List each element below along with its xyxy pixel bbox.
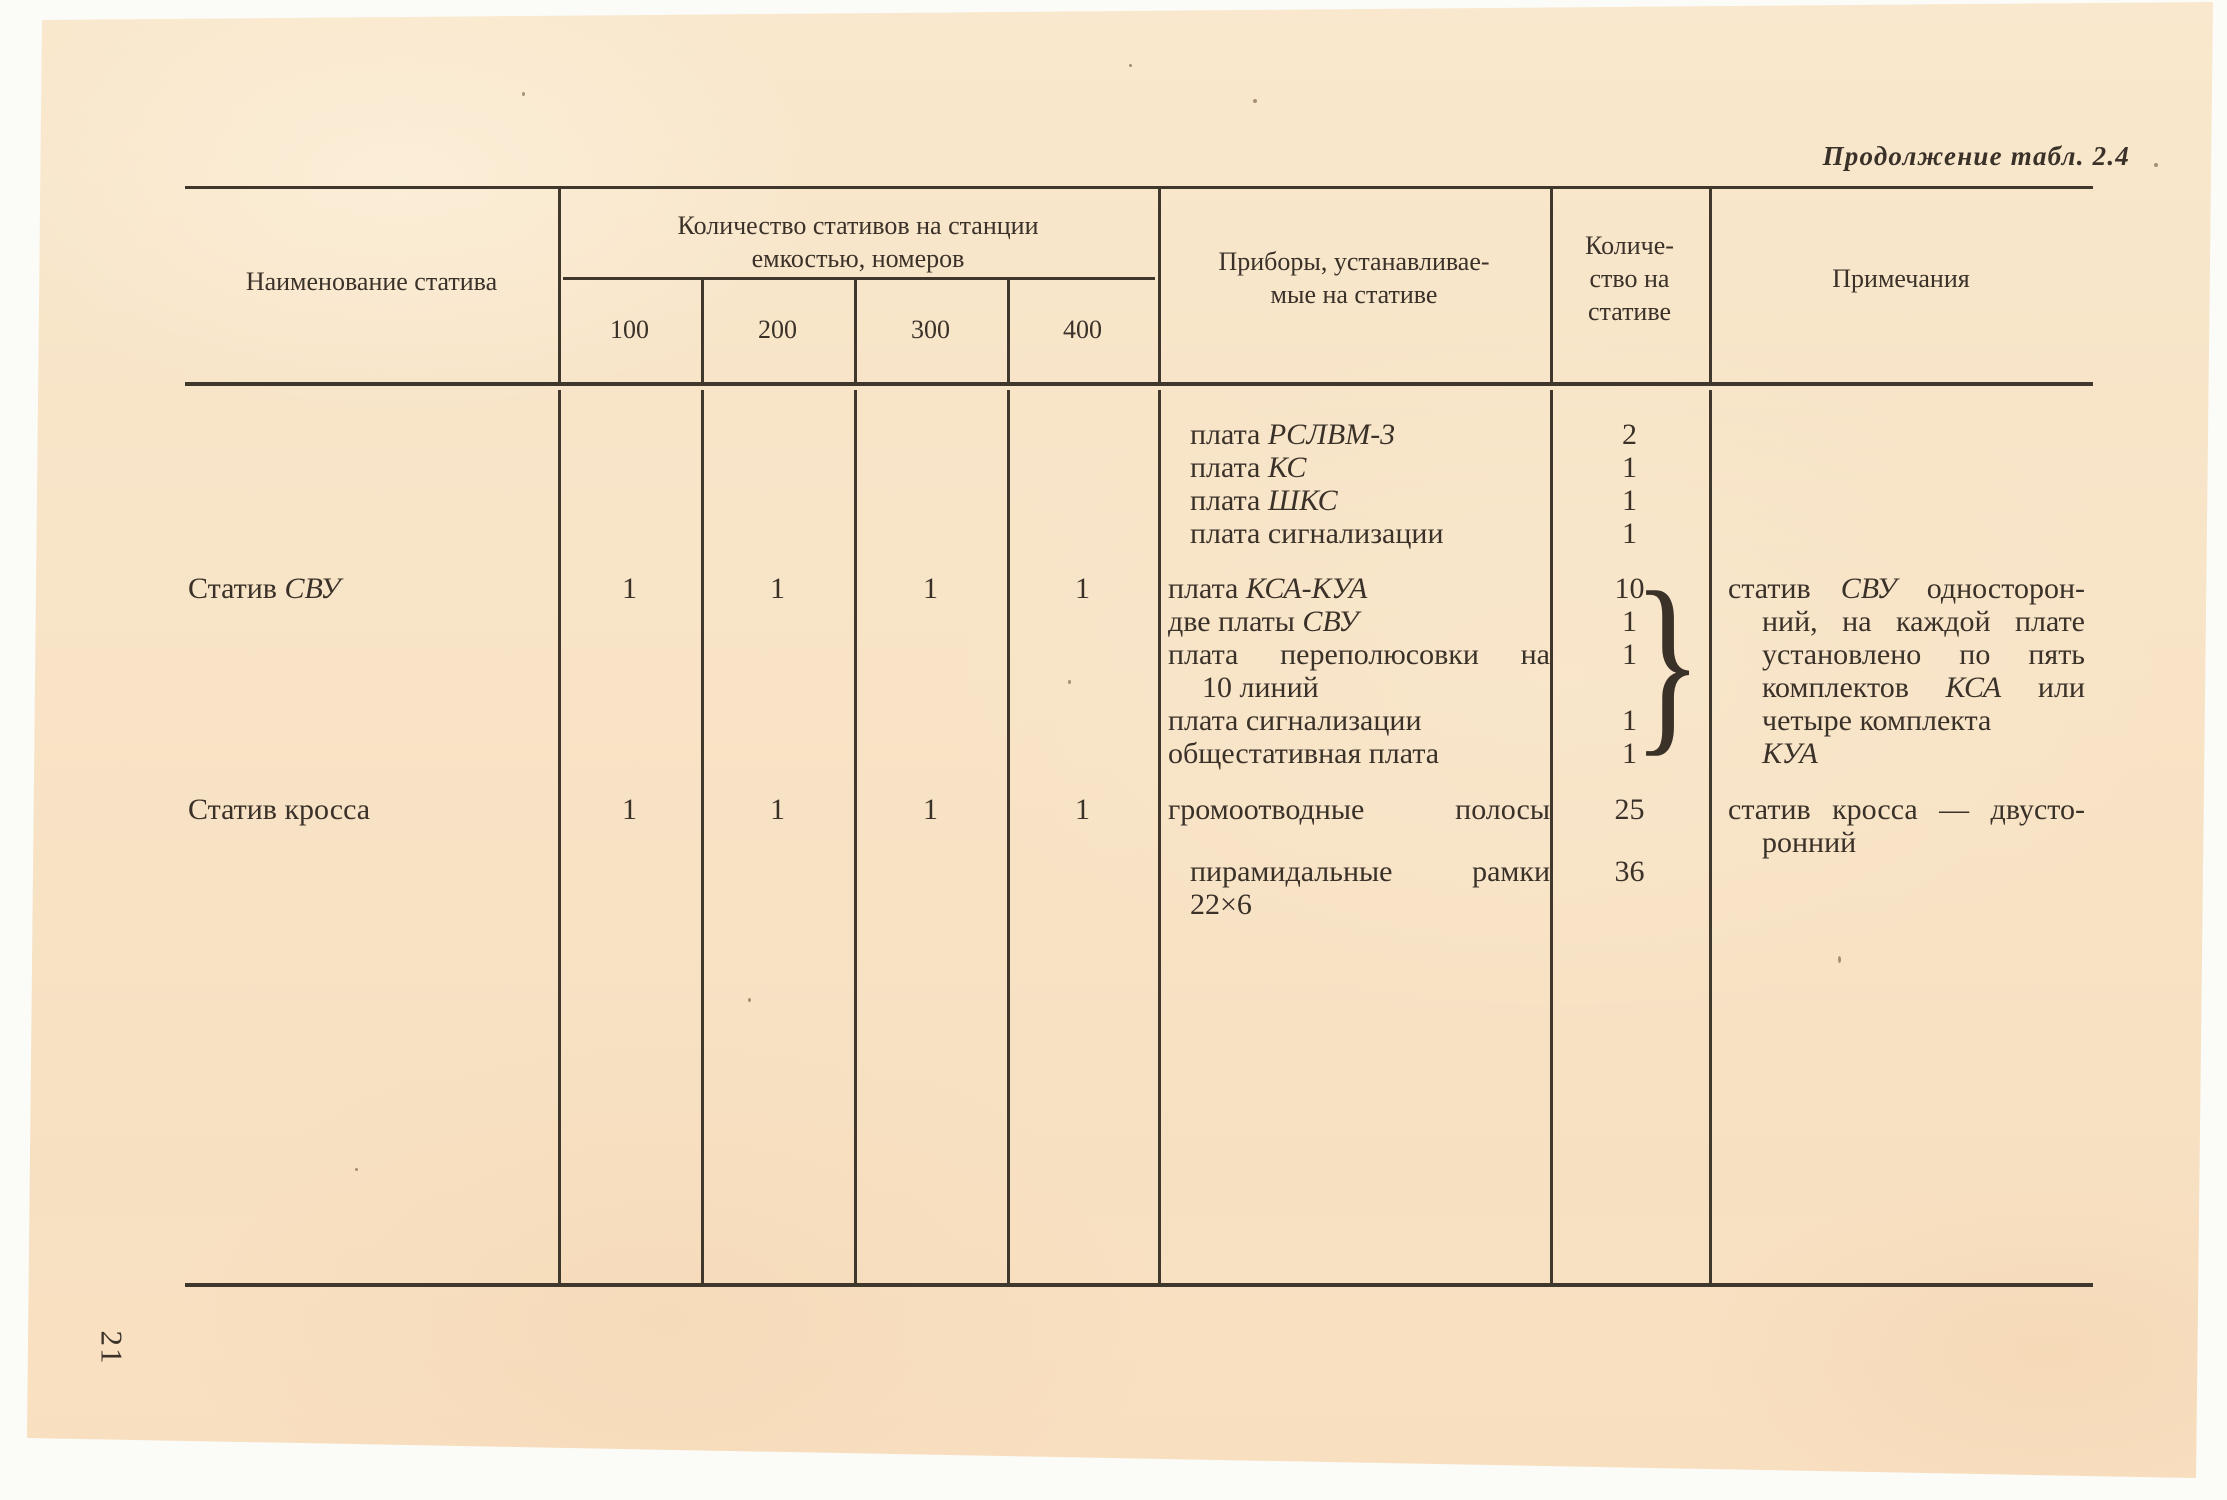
device-label: плата переполюсовки на10 линий: [1168, 638, 1550, 704]
header-qty-line1: Количе-: [1550, 230, 1709, 261]
stative-count-value: 1: [701, 572, 854, 605]
text-line: 10 линий: [1168, 671, 1550, 704]
device-label: две платы СВУ: [1168, 605, 1550, 638]
header-capacity-200: 200: [701, 314, 854, 345]
text-line: комплектов КСА или: [1728, 671, 2085, 704]
device-entry: пирамидальные рамки22×636: [1168, 855, 1709, 921]
emphasized-text: РСЛВМ-3: [1268, 418, 1395, 451]
device-qty-value: 25: [1550, 793, 1709, 826]
table-header-rule: [185, 382, 2093, 386]
text-line: плата КСА-КУА: [1168, 572, 1550, 605]
paper-speck: [1129, 64, 1132, 67]
header-qty-line2: ство на: [1550, 263, 1709, 294]
device-label: общестативная плата: [1168, 737, 1550, 770]
emphasized-text: СВУ: [1302, 605, 1358, 638]
text: статив кросса — двусто-: [1728, 793, 2085, 826]
device-label: громоотводные полосы: [1168, 793, 1550, 826]
device-label: плата КСА-КУА: [1168, 572, 1550, 605]
device-entry: плата ШКС1: [1168, 484, 1709, 517]
text-line: плата КС: [1190, 451, 1550, 484]
devices-cell: громоотводные полосы25пирамидальные рамк…: [1168, 793, 1709, 921]
device-entry: плата КС1: [1168, 451, 1709, 484]
device-label: пирамидальные рамки22×6: [1168, 855, 1550, 921]
paper-speck: [1253, 99, 1257, 103]
header-capacity-400: 400: [1007, 314, 1158, 345]
text: пирамидальные рамки: [1190, 855, 1550, 888]
text-line: статив СВУ односторон-: [1728, 572, 2085, 605]
device-label: плата КС: [1168, 451, 1550, 484]
text-line: плата сигнализации: [1190, 517, 1550, 550]
emphasized-text: КУА: [1762, 737, 1818, 770]
device-entry: две платы СВУ1: [1168, 605, 1709, 638]
text: плата переполюсовки на: [1168, 638, 1550, 671]
header-capacity-group-line2: емкостью, номеров: [558, 243, 1158, 274]
device-entry: плата сигнализации1: [1168, 704, 1709, 737]
device-label: плата сигнализации: [1168, 517, 1550, 550]
text-line: плата сигнализации: [1168, 704, 1550, 737]
emphasized-text: КСА: [1946, 671, 2002, 704]
devices-cell: плата КСА-КУА10две платы СВУ1плата переп…: [1168, 572, 1709, 770]
device-entry: плата переполюсовки на10 линий1: [1168, 638, 1709, 704]
text: плата: [1168, 572, 1246, 605]
device-entry: плата КСА-КУА10: [1168, 572, 1709, 605]
text: плата: [1190, 484, 1268, 517]
text: комплектов: [1762, 671, 1946, 704]
table-header: Наименование статива Количество стативов…: [185, 186, 2093, 382]
subheader-rule: [563, 277, 1155, 280]
device-qty-value: 36: [1550, 855, 1709, 888]
emphasized-text: СВУ: [284, 572, 340, 605]
emphasized-text: СВУ: [1841, 572, 1897, 605]
grouping-brace: }: [1633, 564, 1683, 762]
column-divider: [1158, 390, 1161, 1283]
emphasized-text: ШКС: [1268, 484, 1338, 517]
text-line: ний, на каждой плате: [1728, 605, 2085, 638]
device-qty-value: 1: [1550, 484, 1709, 517]
text-line: плата ШКС: [1190, 484, 1550, 517]
text-line: общестативная плата: [1168, 737, 1550, 770]
table-continuation-caption: Продолжение табл. 2.4: [1610, 141, 2130, 172]
text-line: пирамидальные рамки: [1190, 855, 1550, 888]
text: плата сигнализации: [1168, 704, 1422, 737]
text: плата: [1190, 418, 1268, 451]
text: установлено по пять: [1762, 638, 2085, 671]
text: статив: [1728, 572, 1841, 605]
devices-cell: плата РСЛВМ-32плата КС1плата ШКС1плата с…: [1168, 418, 1709, 550]
text-line: статив кросса — двусто-: [1728, 793, 2085, 826]
text-line: плата РСЛВМ-3: [1190, 418, 1550, 451]
header-notes: Примечания: [1709, 263, 2093, 294]
column-divider: [701, 390, 704, 1283]
stative-name-cell: Статив СВУ: [188, 572, 548, 605]
device-entry: плата РСЛВМ-32: [1168, 418, 1709, 451]
header-stative-name: Наименование статива: [185, 266, 558, 297]
device-label: плата сигнализации: [1168, 704, 1550, 737]
device-qty-value: 2: [1550, 418, 1709, 451]
device-label: плата ШКС: [1168, 484, 1550, 517]
note-cell: статив СВУ односторон-ний, на каждой пла…: [1728, 572, 2085, 770]
emphasized-text: КСА-КУА: [1246, 572, 1367, 605]
device-qty-value: 1: [1550, 451, 1709, 484]
text-line: громоотводные полосы: [1168, 793, 1550, 826]
text: 10 линий: [1202, 671, 1319, 704]
device-entry: громоотводные полосы25: [1168, 793, 1709, 826]
column-divider: [558, 390, 561, 1283]
text-line: ронний: [1728, 826, 2085, 859]
text: ронний: [1762, 826, 1856, 859]
text: четыре комплекта: [1762, 704, 1991, 737]
column-divider: [854, 390, 857, 1283]
table-bottom-rule: [185, 1283, 2093, 1287]
text-line: установлено по пять: [1728, 638, 2085, 671]
page-number: 21: [94, 1331, 130, 1366]
device-qty-value: 1: [1550, 517, 1709, 550]
stative-count-value: 1: [1007, 572, 1158, 605]
stative-count-value: 1: [1007, 793, 1158, 826]
stative-name-cell: Статив кросса: [188, 793, 548, 826]
text: плата: [1190, 451, 1268, 484]
text: или: [2001, 671, 2085, 704]
header-devices-line2: мые на стативе: [1158, 279, 1550, 310]
text-line: две платы СВУ: [1168, 605, 1550, 638]
device-label: плата РСЛВМ-3: [1168, 418, 1550, 451]
column-divider: [1007, 390, 1010, 1283]
stative-count-value: 1: [854, 572, 1007, 605]
text-line: КУА: [1728, 737, 2085, 770]
column-divider: [1709, 390, 1712, 1283]
text: односторон-: [1897, 572, 2085, 605]
device-entry: общестативная плата1: [1168, 737, 1709, 770]
text-line: плата переполюсовки на: [1168, 638, 1550, 671]
header-capacity-300: 300: [854, 314, 1007, 345]
text-line: 22×6: [1190, 888, 1550, 921]
text: плата сигнализации: [1190, 517, 1444, 550]
stative-count-value: 1: [701, 793, 854, 826]
text: ний, на каждой плате: [1762, 605, 2085, 638]
text: Статив кросса: [188, 793, 370, 826]
header-qty-line3: стативе: [1550, 296, 1709, 327]
table-body: плата РСЛВМ-32плата КС1плата ШКС1плата с…: [185, 390, 2093, 1283]
text: общестативная плата: [1168, 737, 1439, 770]
header-devices-line1: Приборы, устанавливае-: [1158, 246, 1550, 277]
text: Статив: [188, 572, 284, 605]
header-capacity-group-line1: Количество стативов на станции: [558, 210, 1158, 241]
text-line: четыре комплекта: [1728, 704, 2085, 737]
emphasized-text: КС: [1268, 451, 1307, 484]
stative-count-value: 1: [854, 793, 1007, 826]
note-cell: статив кросса — двусто-ронний: [1728, 793, 2085, 859]
text: 22×6: [1190, 888, 1252, 921]
header-capacity-100: 100: [558, 314, 701, 345]
device-entry: плата сигнализации1: [1168, 517, 1709, 550]
paper-speck: [522, 92, 525, 96]
stative-count-value: 1: [558, 572, 701, 605]
paper-speck: [2154, 163, 2158, 167]
text: две платы: [1168, 605, 1302, 638]
stative-count-value: 1: [558, 793, 701, 826]
text: громоотводные полосы: [1168, 793, 1550, 826]
